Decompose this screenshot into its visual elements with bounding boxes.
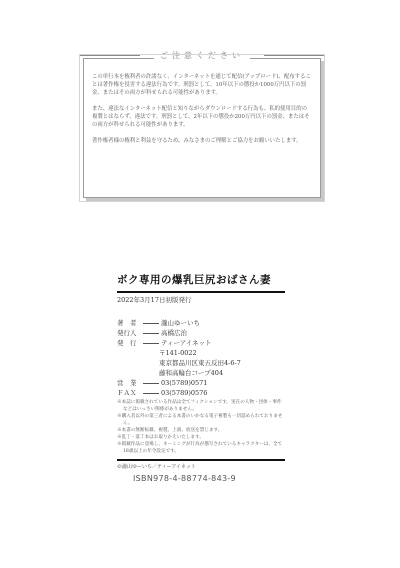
note: ※本書の無断転載、複製、上演、放送を禁じます。 [117,427,285,434]
notice-title: ご注意ください [154,51,250,60]
copyright: ©瀧山ゆーいち／ティーアイネット [117,463,285,470]
book-title: ボク専用の爆乳巨尻おばさん妻 [117,272,285,287]
contact-value: 03(5789)0571 [161,378,207,388]
credit-publisher: 発 行 ティーアイネット [117,338,285,348]
address-line-2: 藤和高輪台コープ404 [117,368,285,378]
credit-value: 高橋広治 [161,328,187,338]
address-line-1: 東京都品川区東五反田4-6-7 [117,358,285,368]
credit-value: 瀧山ゆーいち [161,318,200,328]
credit-value: ティーアイネット [161,338,212,348]
publication-date: 2022年3月17日初版発行 [117,295,285,304]
credit-label: 発 行 [117,338,141,348]
colophon: ボク専用の爆乳巨尻おばさん妻 2022年3月17日初版発行 著 者 瀧山ゆーいち… [117,272,285,483]
notice-body: この単行本を権利者の許諾なく、インターネットを通じて配信(アップロード)、配布す… [92,73,312,153]
dash-rule [143,328,159,334]
title-rule [117,291,285,293]
dash-rule [143,338,159,344]
note: ※本誌に掲載されている作品は全てフィクションです。実在の人物・団体・事件などはい… [117,399,285,413]
contact-sales: 営 業 03(5789)0571 [117,378,285,388]
notice-box: ご注意ください この単行本を権利者の許諾なく、インターネットを通じて配信(アップ… [83,58,321,198]
credit-label: 著 者 [117,318,141,328]
heading-rule-right [264,55,324,56]
note: ※掲載作品に登場し、ネーミングが行為が描写されているキャラクターは、全て18歳以… [117,441,285,455]
address-postal: 〒141-0022 [117,348,285,358]
notice-paragraph: 著作権者様の権利と利益を守るため、みなさまのご理解とご協力をお願いいたします。 [92,137,312,145]
note: ※購入者以外の第三者による本書のいかなる電子複製も一切認められておりません。 [117,413,285,427]
notice-heading: ご注意ください [84,50,320,61]
dash-rule [143,318,159,324]
heading-rule-left [80,55,140,56]
credits: 著 者 瀧山ゆーいち 発行人 高橋広治 発 行 ティーアイネット 〒141-00… [117,318,285,398]
isbn: ISBN978-4-88774-843-9 [117,474,285,483]
bottom-rule [117,459,285,461]
contact-fax: ＦＡＸ 03(5789)0576 [117,388,285,398]
notice-paragraph: この単行本を権利者の許諾なく、インターネットを通じて配信(アップロード)、配布す… [92,73,312,97]
credit-publisher-person: 発行人 高橋広治 [117,328,285,338]
dash-rule [143,378,159,384]
note: ※乱丁・落丁本はお取りかえいたします。 [117,434,285,441]
contact-label: ＦＡＸ [117,388,141,398]
credit-label: 発行人 [117,328,141,338]
notes: ※本誌に掲載されている作品は全てフィクションです。実在の人物・団体・事件などはい… [117,399,285,455]
dash-rule [143,388,159,394]
contact-label: 営 業 [117,378,141,388]
notice-paragraph: また、違法なインターネット配信と知りながらダウンロードする行為も、私的使用目的の… [92,105,312,129]
contact-value: 03(5789)0576 [161,388,207,398]
credit-author: 著 者 瀧山ゆーいち [117,318,285,328]
